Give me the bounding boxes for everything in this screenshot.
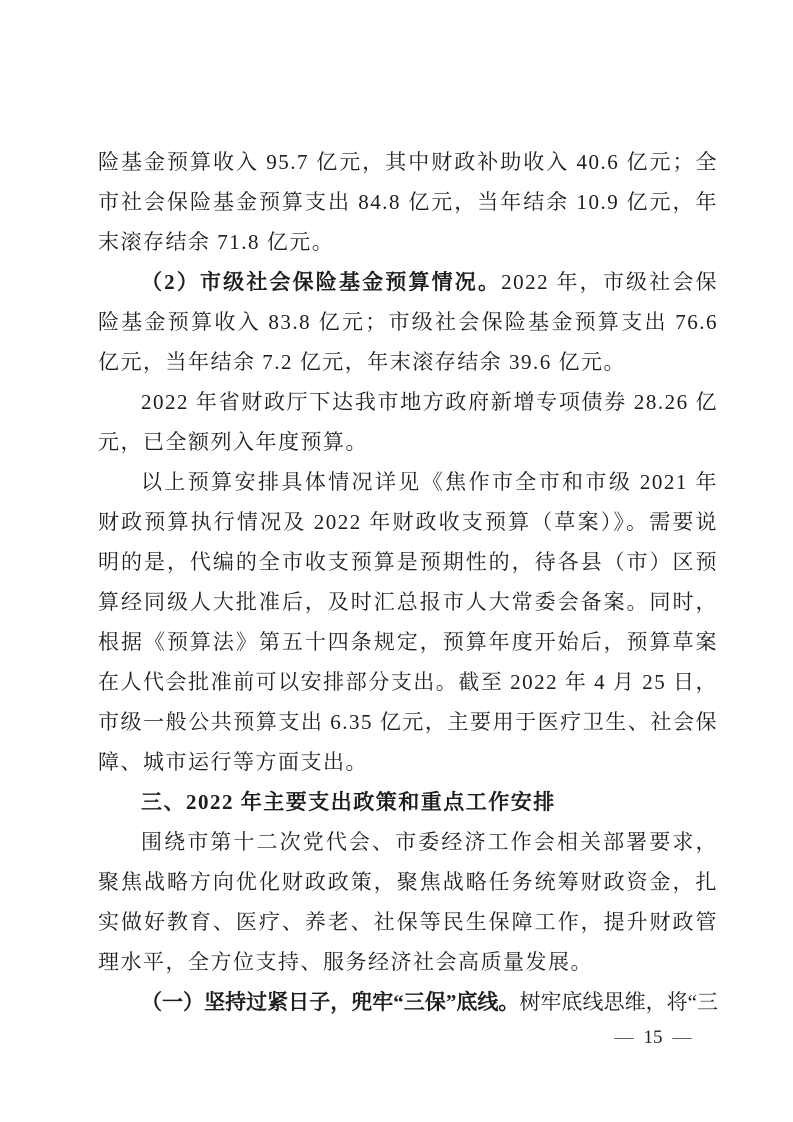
page-number-value: 15 xyxy=(634,1027,673,1048)
paragraph-special-bonds: 2022 年省财政厅下达我市地方政府新增专项债券 28.26 亿元，已全额列入年… xyxy=(98,382,718,462)
document-page: 险基金预算收入 95.7 亿元，其中财政补助收入 40.6 亿元；全市社会保险基… xyxy=(0,0,793,1122)
item-one-body-text: 树牢底线思维，将“三 xyxy=(519,990,718,1014)
item2-bold-label: （2）市级社会保险基金预算情况。 xyxy=(141,270,501,294)
paragraph-citywide-social-insurance-continuation: 险基金预算收入 95.7 亿元，其中财政补助收入 40.6 亿元；全市社会保险基… xyxy=(98,142,718,262)
page-number-left-dash: — xyxy=(615,1027,634,1048)
document-body: 险基金预算收入 95.7 亿元，其中财政补助收入 40.6 亿元；全市社会保险基… xyxy=(98,142,718,1022)
page-number: —15— xyxy=(600,1026,706,1050)
paragraph-budget-note: 以上预算安排具体情况详见《焦作市全市和市级 2021 年财政预算执行情况及 20… xyxy=(98,462,718,782)
paragraph-policy-intro: 围绕市第十二次党代会、市委经济工作会相关部署要求，聚焦战略方向优化财政政策，聚焦… xyxy=(98,822,718,982)
paragraph-municipal-social-insurance: （2）市级社会保险基金预算情况。2022 年，市级社会保险基金预算收入 83.8… xyxy=(98,262,718,382)
section3-heading: 三、2022 年主要支出政策和重点工作安排 xyxy=(98,782,718,822)
paragraph-item-one-cutoff: （一）坚持过紧日子，兜牢“三保”底线。树牢底线思维，将“三 xyxy=(98,982,718,1022)
page-number-right-dash: — xyxy=(673,1027,692,1048)
item-one-kai-label: （一）坚持过紧日子，兜牢“三保”底线。 xyxy=(141,990,519,1014)
